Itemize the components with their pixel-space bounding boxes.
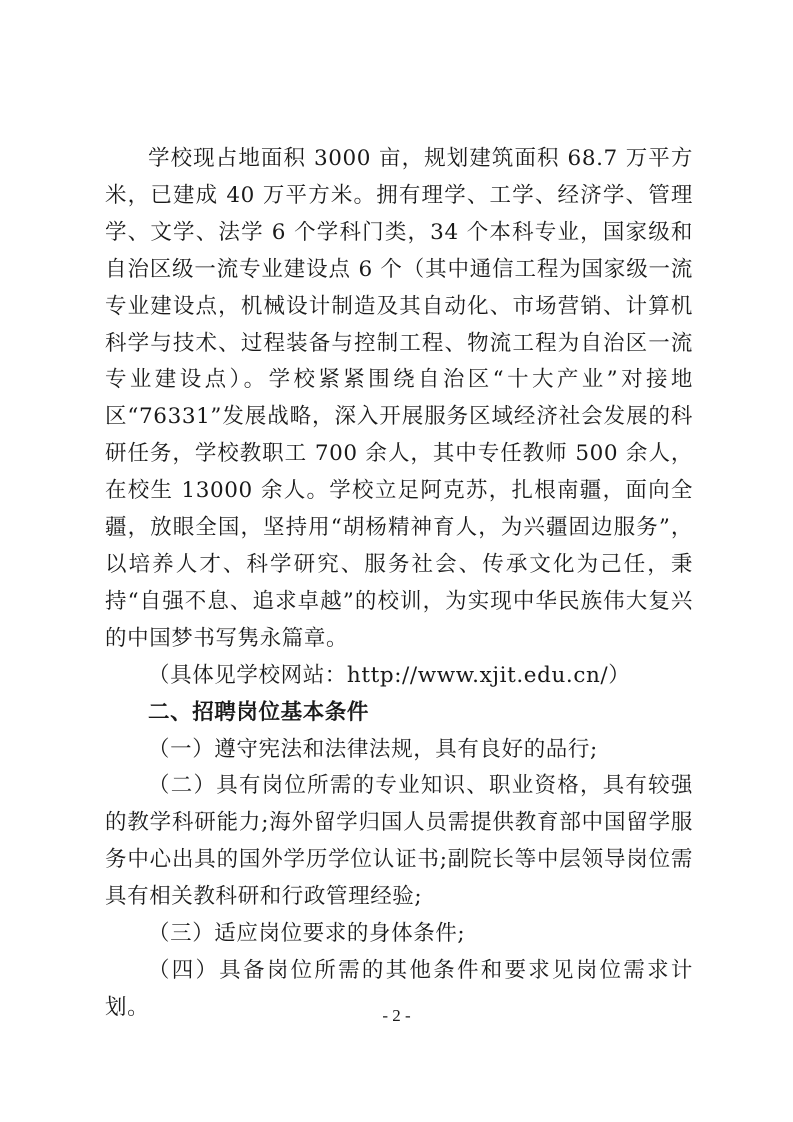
requirement-item-3: （三）适应岗位要求的身体条件; — [105, 916, 693, 953]
requirement-item-1: （一）遵守宪法和法律法规，具有良好的品行; — [105, 732, 693, 769]
section-heading-requirements: 二、招聘岗位基本条件 — [105, 695, 693, 732]
school-overview-paragraph: 学校现占地面积 3000 亩，规划建筑面积 68.7 万平方米，已建成 40 万… — [105, 141, 693, 658]
requirement-item-2: （二）具有岗位所需的专业知识、职业资格，具有较强的教学科研能力;海外留学归国人员… — [105, 768, 693, 916]
document-body: 学校现占地面积 3000 亩，规划建筑面积 68.7 万平方米，已建成 40 万… — [105, 141, 693, 1027]
page-number: - 2 - — [0, 1006, 793, 1026]
school-website-note: （具体见学校网站：http://www.xjit.edu.cn/） — [105, 658, 693, 695]
